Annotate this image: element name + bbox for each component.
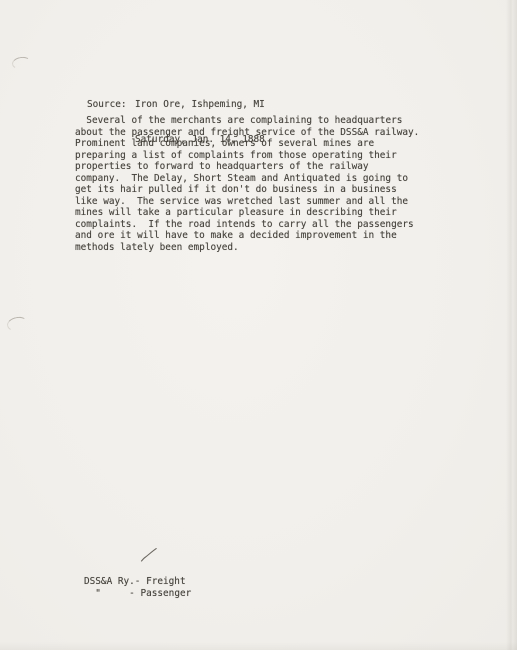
index-caption: DSS&A Ry.- Freight " - Passenger bbox=[84, 553, 284, 634]
handwritten-check-icon bbox=[140, 548, 158, 564]
source-publication: Iron Ore, Ishpeming, MI bbox=[135, 99, 265, 111]
article-body-paragraph: Several of the merchants are complaining… bbox=[75, 115, 455, 253]
source-label: Source: bbox=[87, 99, 135, 111]
page-bottom-edge-shadow bbox=[0, 642, 517, 650]
source-line-publication: Source: Iron Ore, Ishpeming, MI bbox=[87, 99, 265, 111]
scan-curl-artifact-left bbox=[6, 315, 29, 332]
page-right-edge-shadow bbox=[506, 0, 517, 650]
scan-curl-artifact-top-left bbox=[11, 56, 31, 71]
scanned-document-page: Source: Iron Ore, Ishpeming, MI Saturday… bbox=[0, 0, 517, 650]
index-caption-text: DSS&A Ry.- Freight " - Passenger bbox=[84, 576, 284, 599]
